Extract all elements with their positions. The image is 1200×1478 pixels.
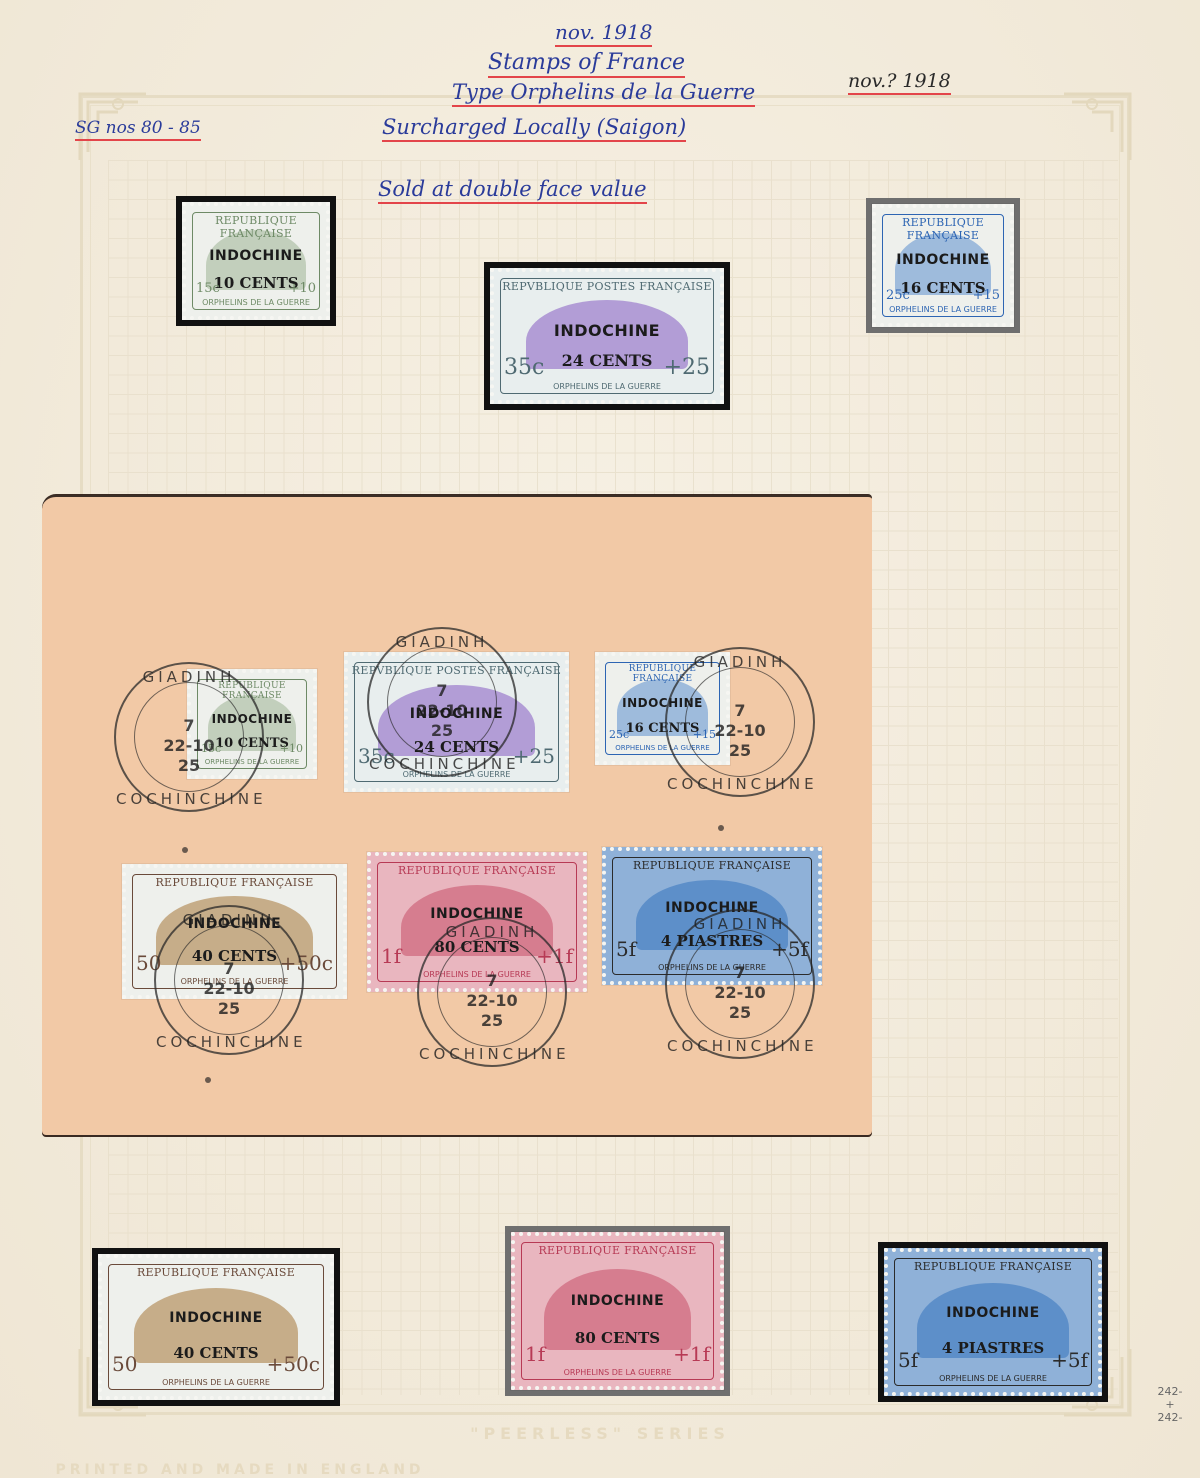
postmark: GIADINH 722-1025 COCHINCHINE: [114, 662, 264, 812]
stamp-mount[interactable]: REPUBLIQUE FRANÇAISE INDOCHINE 16 CENTS …: [866, 198, 1020, 333]
annotation-sale-note: Sold at double face value: [378, 177, 647, 204]
stamp-mount[interactable]: REPUBLIQUE FRANÇAISE INDOCHINE 80 CENTS …: [505, 1226, 730, 1396]
stamp-4-piastres: REPUBLIQUE FRANÇAISE INDOCHINE 4 PIASTRE…: [884, 1248, 1102, 1396]
pencil-price-1: 242-: [1150, 1385, 1190, 1398]
corner-ornament-icon: [1062, 92, 1132, 162]
annotation-surcharge-line: Surcharged Locally (Saigon): [382, 115, 686, 142]
stamp-mount[interactable]: REPUBLIQUE FRANÇAISE INDOCHINE 40 CENTS …: [92, 1248, 340, 1406]
annotation-date-header: nov. 1918: [555, 20, 652, 47]
annotation-right-date: nov.? 1918: [848, 70, 951, 95]
pencil-price-2: 242-: [1150, 1411, 1190, 1424]
stamp-80-cents: REPUBLIQUE FRANÇAISE INDOCHINE 80 CENTS …: [511, 1232, 724, 1390]
postmark: GIADINH 722-1025 COCHINCHINE: [154, 905, 304, 1055]
annotation-title: Stamps of France: [488, 50, 685, 78]
pencil-plus: +: [1150, 1398, 1190, 1411]
postmark: GIADINH 722-1025 COCHINCHINE: [665, 647, 815, 797]
stamp-10-cents: REPUBLIQUE FRANÇAISE INDOCHINE 10 CENTS …: [182, 202, 330, 320]
postmark: GIADINH 722-1025 COCHINCHINE: [417, 917, 567, 1067]
annotation-catalogue-ref: SG nos 80 - 85: [75, 118, 201, 141]
stamp-24-cents: REPVBLIQUE POSTES FRANÇAISE INDOCHINE 24…: [490, 268, 724, 404]
album-series-label: "PEERLESS" SERIES: [0, 1424, 1200, 1443]
cover-spot: [205, 1077, 211, 1083]
annotation-type-line: Type Orphelins de la Guerre: [452, 80, 755, 107]
cover-spot: [182, 847, 188, 853]
cover-spot: [718, 825, 724, 831]
postmark: GIADINH 722-1025 COCHINCHINE: [665, 909, 815, 1059]
stamp-mount[interactable]: REPUBLIQUE FRANÇAISE INDOCHINE 4 PIASTRE…: [878, 1242, 1108, 1402]
stamp-mount[interactable]: REPVBLIQUE POSTES FRANÇAISE INDOCHINE 24…: [484, 262, 730, 410]
album-printer-label: PRINTED AND MADE IN ENGLAND: [0, 1462, 480, 1478]
stamp-16-cents: REPUBLIQUE FRANÇAISE INDOCHINE 16 CENTS …: [872, 204, 1014, 327]
postal-cover[interactable]: REPUBLIQUE FRANÇAISE INDOCHINE 10 CENTS …: [42, 495, 872, 1137]
pencil-price-note: 242- + 242-: [1150, 1385, 1190, 1424]
stamp-40-cents: REPUBLIQUE FRANÇAISE INDOCHINE 40 CENTS …: [98, 1254, 334, 1400]
postmark: GIADINH 722-1025 COCHINCHINE: [367, 627, 517, 777]
stamp-mount[interactable]: REPUBLIQUE FRANÇAISE INDOCHINE 10 CENTS …: [176, 196, 336, 326]
